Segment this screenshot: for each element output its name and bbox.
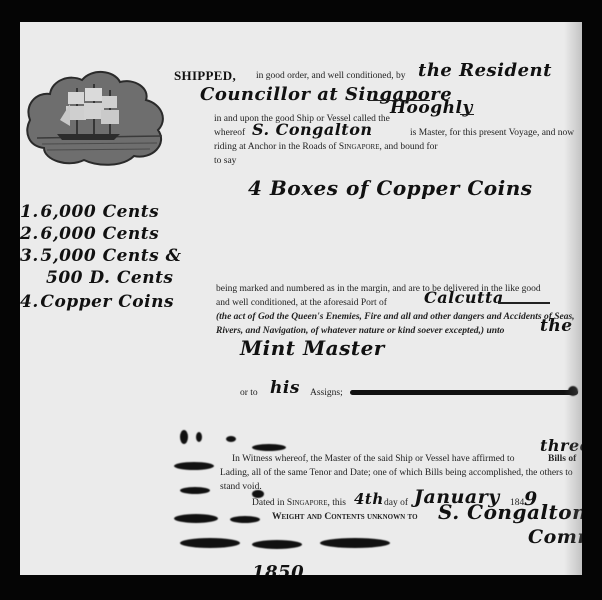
witness-text: In Witness whereof, the Master of the sa…: [232, 454, 514, 464]
bill-of-lading-page: SHIPPED, in good order, and well conditi…: [20, 22, 582, 575]
destination-port-handwritten: Calcutta: [424, 288, 504, 307]
whereof-text: whereof: [214, 128, 245, 138]
master-name-handwritten: S. Congalton: [252, 120, 373, 139]
shipper-handwritten-1: the Resident: [418, 60, 552, 81]
ship-engraving-icon: [22, 60, 172, 170]
rivers-clause: Rivers, and Navigation, of whatever natu…: [216, 326, 504, 336]
goods-description-handwritten: 4 Boxes of Copper Coins: [248, 176, 533, 200]
margin-mark-item: 4. Copper Coins: [20, 292, 174, 312]
dated-text: Dated in Singapore, this: [252, 498, 346, 508]
weight-contents-text: Weight and Contents unknown to: [272, 512, 418, 522]
consignee-handwritten-2: Mint Master: [240, 336, 385, 360]
consignee-handwritten-1: the: [540, 316, 573, 336]
bills-text: Bills of: [548, 454, 576, 464]
to-say-text: to say: [214, 156, 236, 166]
assigns-text: Assigns;: [310, 388, 343, 398]
lower-left-annotation: 1850: [252, 562, 304, 575]
margin-mark-item: 3. 5,000 Cents &: [20, 246, 181, 266]
shipped-heading: SHIPPED,: [174, 68, 236, 84]
lading-text: Lading, all of the same Tenor and Date; …: [220, 468, 573, 478]
vessel-name-handwritten: Hooghly: [390, 98, 473, 118]
witness-number-handwritten: three: [540, 436, 582, 455]
margin-mark-item: 1. 6,000 Cents: [20, 202, 159, 222]
riding-port: Singapore: [339, 142, 380, 152]
struck-out-freight-clause: [350, 390, 578, 395]
day-of-text: day of: [384, 498, 408, 508]
margin-mark-item: 2. 6,000 Cents: [20, 224, 159, 244]
fill-line: [498, 302, 550, 304]
fill-line: [460, 114, 474, 115]
riding-text: riding at Anchor in the Roads of Singapo…: [214, 142, 438, 152]
signature-handwritten-1: S. Congalton: [438, 500, 582, 524]
act-of-god-clause: (the act of God the Queen's Enemies, Fir…: [216, 312, 575, 322]
ink-blot: [568, 386, 578, 396]
master-text: is Master, for this present Voyage, and …: [410, 128, 574, 138]
shipped-intro-text: in good order, and well conditioned, by: [256, 71, 405, 81]
dated-port: Singapore: [287, 498, 328, 508]
signature-handwritten-2: Comm.: [528, 526, 582, 548]
conditioned-text: and well conditioned, at the aforesaid P…: [216, 298, 387, 308]
day-handwritten: 4th: [354, 490, 384, 508]
or-to-text: or to: [240, 388, 258, 398]
assigns-handwritten: his: [270, 378, 300, 398]
margin-mark-item: 500 D. Cents: [46, 268, 174, 288]
